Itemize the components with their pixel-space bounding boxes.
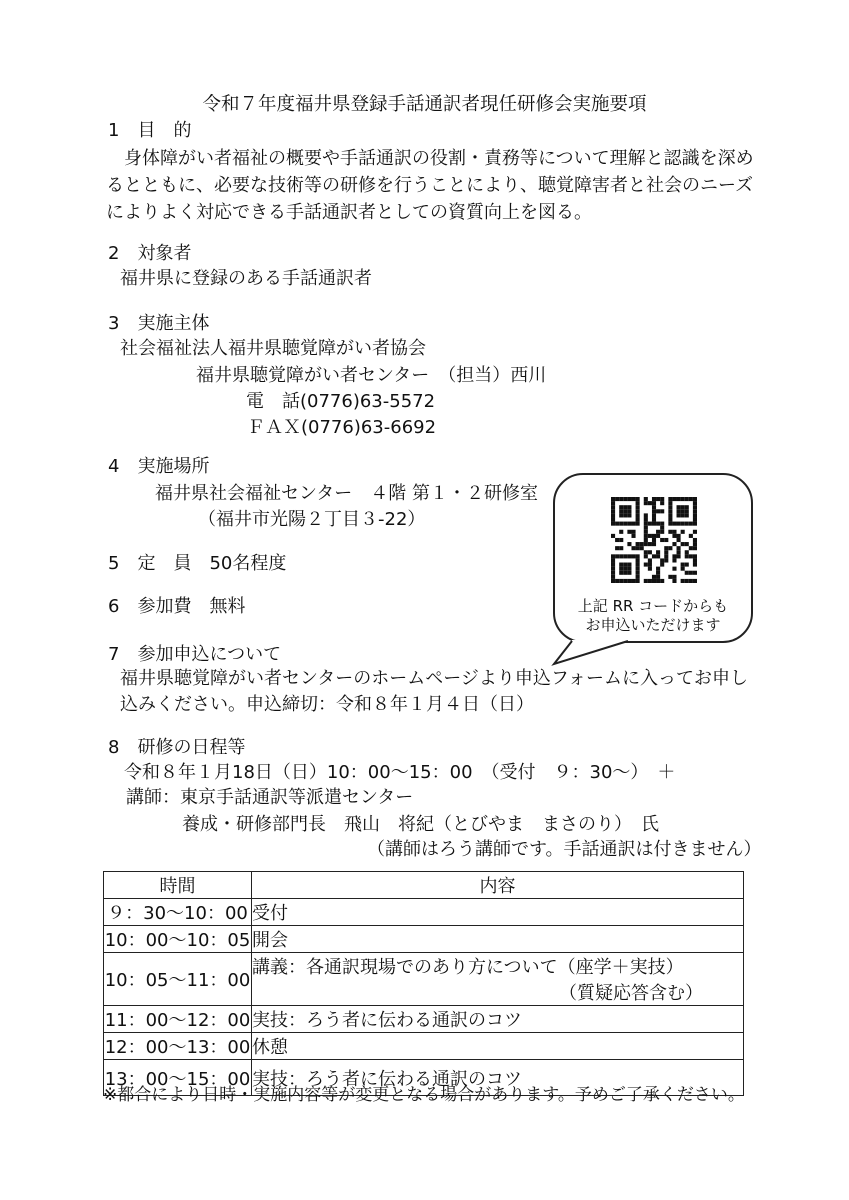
target-line: 福井県に登録のある手話通訳者 (120, 268, 372, 291)
speech-bubble-tail (550, 640, 635, 667)
time-cell: 10：00～10：05 (104, 926, 252, 953)
content-cell: 実技：ろう者に伝わる通訳のコツ (252, 1006, 744, 1033)
table-row: 10：00～10：05 開会 (104, 926, 744, 953)
application-line: 福井県聴覚障がい者センターのホームページより申込フォームに入ってお申し (120, 668, 748, 691)
fax-line: ＦＡＸ(0776)63-6692 (247, 417, 436, 440)
time-cell: 12：00～13：00 (104, 1033, 252, 1060)
table-header-row: 時間 内容 (104, 872, 744, 899)
lecturer-org-line: 講師：東京手話通訳等派遣センター (126, 787, 413, 810)
content-line: 講義：各通訳現場でのあり方について（座学＋実技） (252, 953, 743, 979)
section-5-heading: 5 定 員 50名程度 (108, 553, 286, 576)
content-cell: 講義：各通訳現場でのあり方について（座学＋実技） （質疑応答含む） (252, 953, 744, 1006)
section-2-heading: 2 対象者 (108, 243, 191, 266)
phone-line: 電 話(0776)63-5572 (246, 391, 435, 414)
qr-bubble-text: 上記 RR コードからも (555, 595, 751, 616)
page-title: 令和７年度福井県登録手話通訳者現任研修会実施要項 (0, 90, 849, 116)
content-subline: （質疑応答含む） (252, 979, 743, 1005)
content-column-header: 内容 (252, 872, 744, 899)
time-column-header: 時間 (104, 872, 252, 899)
application-deadline-line: 込みください。申込締切：令和８年１月４日（日） (120, 694, 534, 717)
qr-code (611, 497, 697, 583)
qr-bubble-text: お申込いただけます (555, 614, 751, 635)
table-row: 10：05～11：00 講義：各通訳現場でのあり方について（座学＋実技） （質疑… (104, 953, 744, 1006)
document-page: 令和７年度福井県登録手話通訳者現任研修会実施要項 1 目 的 身体障がい者福祉の… (0, 0, 849, 1200)
organizer-contact-line: 福井県聴覚障がい者センター （担当）西川 (196, 365, 546, 388)
section-7-heading: 7 参加申込について (108, 644, 281, 667)
schedule-date-line: 令和８年１月18日（日）10：00～15：00 （受付 ９：30～） ＋ (124, 762, 675, 785)
footnote: ※都合により日時・実施内容等が変更となる場合があります。予めご了承ください。 (103, 1085, 745, 1106)
purpose-line: 身体障がい者福祉の概要や手話通訳の役割・責務等について理解と認識を深め (106, 148, 754, 171)
section-6-heading: 6 参加費 無料 (108, 596, 245, 619)
section-8-heading: 8 研修の日程等 (108, 737, 245, 760)
section-4-heading: 4 実施場所 (108, 456, 209, 479)
venue-line: 福井県社会福祉センター ４階 第１・２研修室 (155, 483, 538, 506)
table-row: ９：30～10：00 受付 (104, 899, 744, 926)
purpose-line: によりよく対応できる手話通訳者としての資質向上を図る。 (106, 202, 592, 225)
time-cell: 11：00～12：00 (104, 1006, 252, 1033)
time-cell: 10：05～11：00 (104, 953, 252, 1006)
content-cell: 開会 (252, 926, 744, 953)
venue-address-line: （福井市光陽２丁目３-22） (198, 509, 425, 532)
purpose-line: るとともに、必要な技術等の研修を行うことにより、聴覚障害者と社会のニーズ (106, 175, 753, 198)
table-row: 12：00～13：00 休憩 (104, 1033, 744, 1060)
content-cell: 休憩 (252, 1033, 744, 1060)
lecturer-name-line: 養成・研修部門長 飛山 将紀（とびやま まさのり） 氏 (182, 814, 659, 837)
section-1-heading: 1 目 的 (108, 120, 191, 143)
qr-speech-bubble: 上記 RR コードからも お申込いただけます (553, 473, 753, 643)
organizer-name-line: 社会福祉法人福井県聴覚障がい者協会 (120, 338, 426, 361)
lecturer-note-line: （講師はろう講師です。手話通訳は付きません） (367, 839, 762, 862)
table-row: 11：00～12：00 実技：ろう者に伝わる通訳のコツ (104, 1006, 744, 1033)
content-cell: 受付 (252, 899, 744, 926)
time-cell: ９：30～10：00 (104, 899, 252, 926)
schedule-table: 時間 内容 ９：30～10：00 受付 10：00～10：05 開会 10：05… (103, 871, 744, 1096)
section-3-heading: 3 実施主体 (108, 313, 209, 336)
